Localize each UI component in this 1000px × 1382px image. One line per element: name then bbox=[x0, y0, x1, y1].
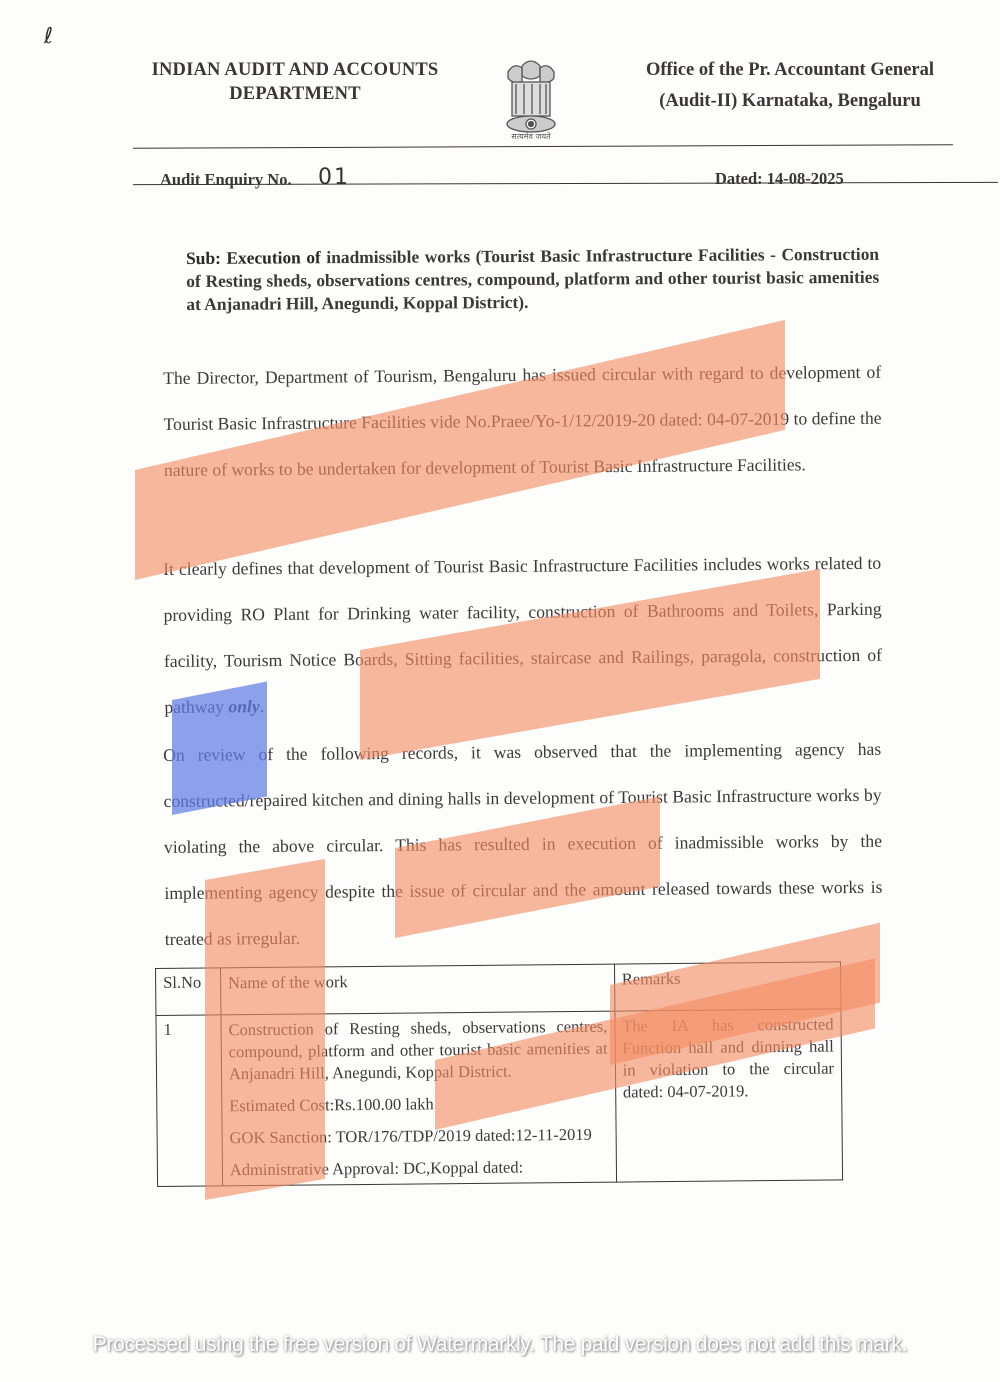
administrative-approval: Administrative Approval: DC,Koppal dated… bbox=[230, 1156, 609, 1182]
audit-enquiry-label: Audit Enquiry No. bbox=[160, 170, 292, 190]
subject-lead: Sub: Execution of bbox=[186, 247, 326, 268]
header-remarks: Remarks bbox=[614, 962, 841, 1011]
paragraph-scope-end: . bbox=[260, 696, 265, 716]
table-header-row: Sl.No Name of the work Remarks bbox=[156, 962, 841, 1016]
cell-work-name: Construction of Resting sheds, observati… bbox=[221, 1011, 616, 1186]
paragraph-scope-emphasis: only bbox=[228, 696, 259, 716]
paragraph-scope-text: It clearly defines that development of T… bbox=[163, 553, 882, 717]
header-work-name: Name of the work bbox=[220, 964, 614, 1015]
gok-sanction: GOK Sanction: TOR/176/TDP/2019 dated:12-… bbox=[229, 1124, 608, 1150]
header-sl-no: Sl.No bbox=[156, 968, 221, 1016]
works-table: Sl.No Name of the work Remarks 1 Constru… bbox=[155, 961, 843, 1187]
paragraph-observation: On review of the following records, it w… bbox=[163, 726, 883, 962]
cell-remarks: The IA has constructed Function hall and… bbox=[615, 1009, 843, 1182]
office-heading-line2: (Audit-II) Karnataka, Bengaluru bbox=[610, 86, 970, 117]
header-divider bbox=[133, 144, 953, 149]
estimated-cost: Estimated Cost:Rs.100.00 lakh bbox=[229, 1092, 608, 1118]
work-name-text: Construction of Resting sheds, observati… bbox=[228, 1016, 607, 1086]
enquiry-date: Dated: 14-08-2025 bbox=[715, 169, 844, 189]
emblem-motto: सत्यमेव जयते bbox=[496, 131, 566, 142]
document-page: ℓ INDIAN AUDIT AND ACCOUNTS DEPARTMENT स… bbox=[0, 0, 1000, 1382]
department-heading-line1: INDIAN AUDIT AND ACCOUNTS bbox=[120, 58, 470, 82]
handwritten-mark: ℓ bbox=[44, 24, 53, 49]
watermark-text: Processed using the free version of Wate… bbox=[0, 1333, 1000, 1357]
subject-line: Sub: Execution of inadmissible works (To… bbox=[186, 243, 879, 316]
audit-enquiry-number: 01 bbox=[318, 165, 350, 190]
table-row: 1 Construction of Resting sheds, observa… bbox=[156, 1009, 843, 1187]
paragraph-scope: It clearly defines that development of T… bbox=[163, 540, 883, 730]
department-heading-line2: DEPARTMENT bbox=[120, 82, 470, 106]
paragraph-circular: The Director, Department of Tourism, Ben… bbox=[163, 349, 882, 493]
office-heading: Office of the Pr. Accountant General (Au… bbox=[610, 55, 970, 117]
cell-sl-no: 1 bbox=[156, 1015, 223, 1187]
department-heading: INDIAN AUDIT AND ACCOUNTS DEPARTMENT bbox=[120, 58, 470, 106]
office-heading-line1: Office of the Pr. Accountant General bbox=[610, 55, 970, 86]
